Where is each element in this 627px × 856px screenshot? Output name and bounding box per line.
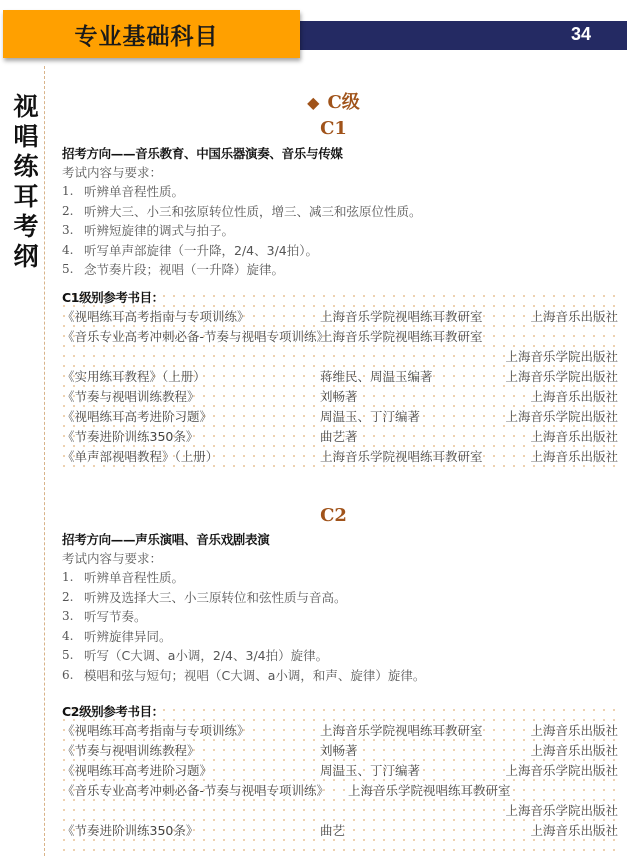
reference-row: 《音乐专业高考冲刺必备-节奏与视唱专项训练》上海音乐学院视唱练耳教研室 (56, 327, 622, 347)
side-title-char: 练 (13, 152, 38, 182)
reference-row: 《音乐专业高考冲刺必备-节奏与视唱专项训练》上海音乐学院视唱练耳教研室 (56, 781, 622, 801)
c2-req-label: 考试内容与要求： (62, 549, 622, 568)
c1-heading: C1 (0, 118, 627, 139)
requirement-item: 3.听辨短旋律的调式与拍子。 (62, 221, 622, 241)
requirement-item: 1.听辨单音程性质。 (62, 182, 622, 202)
side-title-char: 耳 (13, 182, 38, 212)
requirement-item: 2.听辨大三、小三和弦原转位性质，增三、减三和弦原位性质。 (62, 202, 622, 222)
page-number: 34 (571, 24, 591, 45)
requirement-item: 4.听辨旋律异同。 (62, 627, 622, 647)
requirement-item: 3.听写节奏。 (62, 607, 622, 627)
header-bar: 34 (299, 21, 627, 50)
c2-ref-title: C2级别参考书目： (56, 702, 622, 721)
section-header-tab: 专业基础科目 (3, 10, 300, 58)
side-title-char: 纲 (13, 242, 38, 272)
reference-row: 《视唱练耳高考指南与专项训练》上海音乐学院视唱练耳教研室上海音乐出版社 (56, 721, 622, 741)
reference-row: 《节奏进阶训练350条》曲艺上海音乐出版社 (56, 821, 622, 841)
requirement-item: 2.听辨及选择大三、小三原转位和弦性质与音高。 (62, 588, 622, 608)
requirement-item: 1.听辨单音程性质。 (62, 568, 622, 588)
reference-row: 《实用练耳教程》（上册）蒋维民、周温玉编著上海音乐学院出版社 (56, 367, 622, 387)
requirement-item: 4.听写单声部旋律（一升降，2/4、3/4拍）。 (62, 241, 622, 261)
requirement-item: 5.念节奏片段；视唱（一升降）旋律。 (62, 260, 622, 280)
diamond-icon: ◆ (307, 93, 319, 112)
c1-req-label: 考试内容与要求： (62, 163, 622, 182)
vertical-divider (44, 66, 45, 856)
c1-requirements: 招考方向——音乐教育、中国乐器演奏、音乐与传媒 考试内容与要求： 1.听辨单音程… (62, 144, 622, 280)
reference-row: 《视唱练耳高考进阶习题》周温玉、丁汀编著上海音乐学院出版社 (56, 761, 622, 781)
reference-row: 《节奏与视唱训练教程》刘畅著上海音乐出版社 (56, 387, 622, 407)
reference-row: 《视唱练耳高考指南与专项训练》上海音乐学院视唱练耳教研室上海音乐出版社 (56, 307, 622, 327)
requirement-item: 6.模唱和弦与短句；视唱（C大调、a小调，和声、旋律）旋律。 (62, 666, 622, 686)
c1-reference-box: C1级别参考书目： 《视唱练耳高考指南与专项训练》上海音乐学院视唱练耳教研室上海… (56, 288, 622, 470)
reference-row: 上海音乐学院出版社 (56, 801, 622, 821)
requirement-item: 5.听写（C大调、a小调，2/4、3/4拍）旋律。 (62, 646, 622, 666)
c2-heading: C2 (0, 505, 627, 526)
reference-row: 《单声部视唱教程》（上册）上海音乐学院视唱练耳教研室上海音乐出版社 (56, 447, 622, 467)
side-title-char: 考 (13, 212, 38, 242)
reference-row: 《节奏进阶训练350条》曲艺著上海音乐出版社 (56, 427, 622, 447)
reference-row: 上海音乐学院出版社 (56, 347, 622, 367)
c1-ref-title: C1级别参考书目： (56, 288, 622, 307)
c2-direction: 招考方向——声乐演唱、音乐戏剧表演 (62, 530, 622, 549)
c2-reference-box: C2级别参考书目： 《视唱练耳高考指南与专项训练》上海音乐学院视唱练耳教研室上海… (56, 702, 622, 852)
section-title: 专业基础科目 (75, 18, 219, 51)
reference-row: 《节奏与视唱训练教程》刘畅著上海音乐出版社 (56, 741, 622, 761)
c2-requirements: 招考方向——声乐演唱、音乐戏剧表演 考试内容与要求： 1.听辨单音程性质。 2.… (62, 530, 622, 685)
c1-direction: 招考方向——音乐教育、中国乐器演奏、音乐与传媒 (62, 144, 622, 163)
level-title: C级 (327, 92, 359, 113)
reference-row: 《视唱练耳高考进阶习题》周温玉、丁汀编著上海音乐学院出版社 (56, 407, 622, 427)
level-heading: ◆C级 (0, 88, 627, 114)
